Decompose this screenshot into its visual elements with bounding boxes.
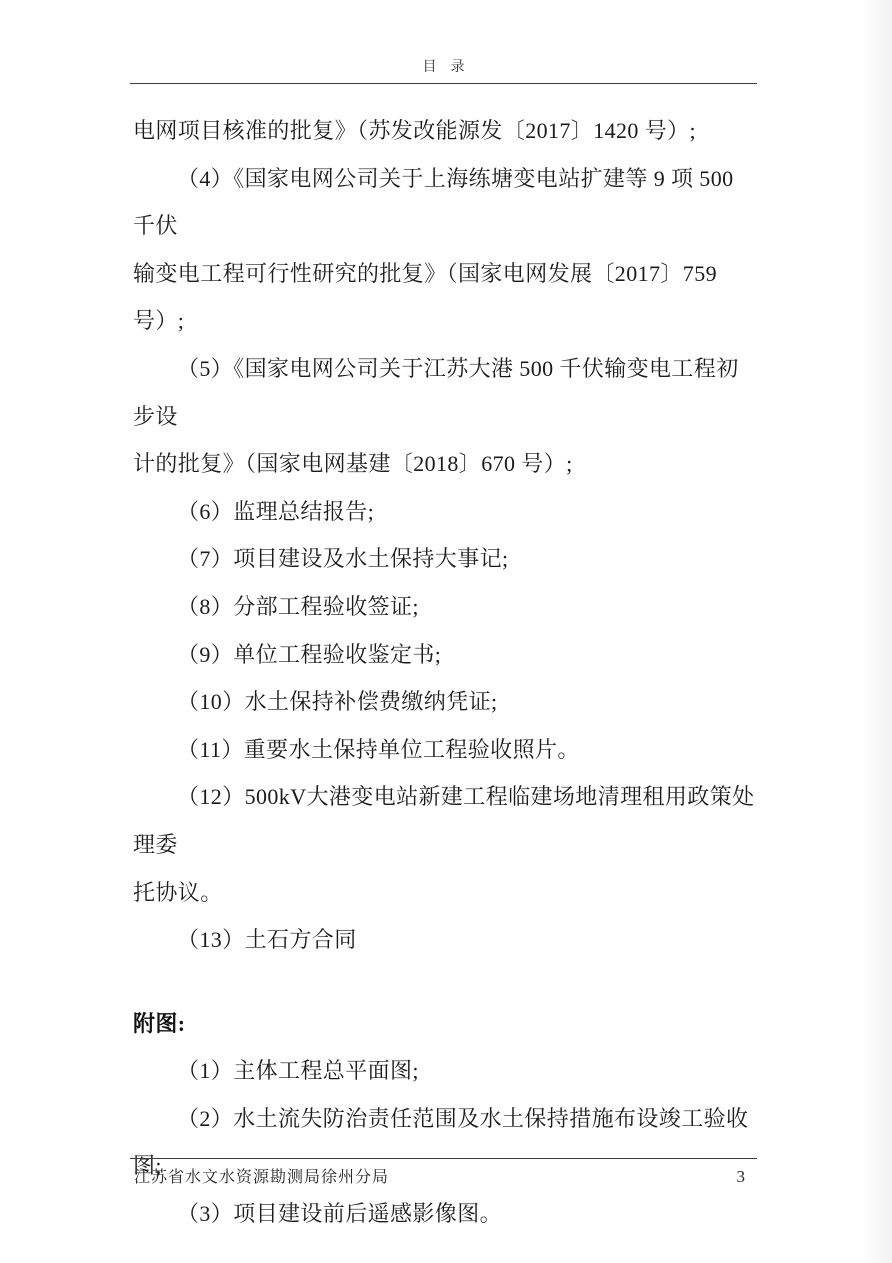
toc-item: （6）监理总结报告; [133,488,759,536]
toc-continuation-line: 电网项目核准的批复》（苏发改能源发〔2017〕1420 号）; [133,107,759,155]
toc-item: （9）单位工程验收鉴定书; [133,631,759,679]
attachment-item: （3）项目建设前后遥感影像图。 [133,1190,759,1238]
document-page: 目 录 电网项目核准的批复》（苏发改能源发〔2017〕1420 号）; （4）《… [0,0,892,1263]
toc-item: （8）分部工程验收签证; [133,583,759,631]
toc-body: 电网项目核准的批复》（苏发改能源发〔2017〕1420 号）; （4）《国家电网… [133,107,759,1238]
page-number: 3 [737,1167,758,1187]
toc-item: （12）500kV大港变电站新建工程临建场地清理租用政策处理委 托协议。 [133,773,759,916]
toc-item: （7）项目建设及水土保持大事记; [133,535,759,583]
attachment-item: （1）主体工程总平面图; [133,1047,759,1095]
attachments-heading: 附图: [133,1000,759,1048]
scan-edge-shading [862,0,892,1263]
toc-item: （13）土石方合同 [133,916,759,964]
toc-item: （11）重要水土保持单位工程验收照片。 [133,726,759,774]
page-header: 目 录 [130,55,757,84]
header-title: 目 录 [423,60,465,75]
footer-organization: 江苏省水文水资源勘测局徐州分局 [130,1164,389,1187]
page-footer: 江苏省水文水资源勘测局徐州分局 3 [130,1158,757,1187]
toc-item: （4）《国家电网公司关于上海练塘变电站扩建等 9 项 500 千伏 输变电工程可… [133,155,759,345]
toc-item: （5）《国家电网公司关于江苏大港 500 千伏输变电工程初步设 计的批复》（国家… [133,345,759,488]
toc-item: （10）水土保持补偿费缴纳凭证; [133,678,759,726]
